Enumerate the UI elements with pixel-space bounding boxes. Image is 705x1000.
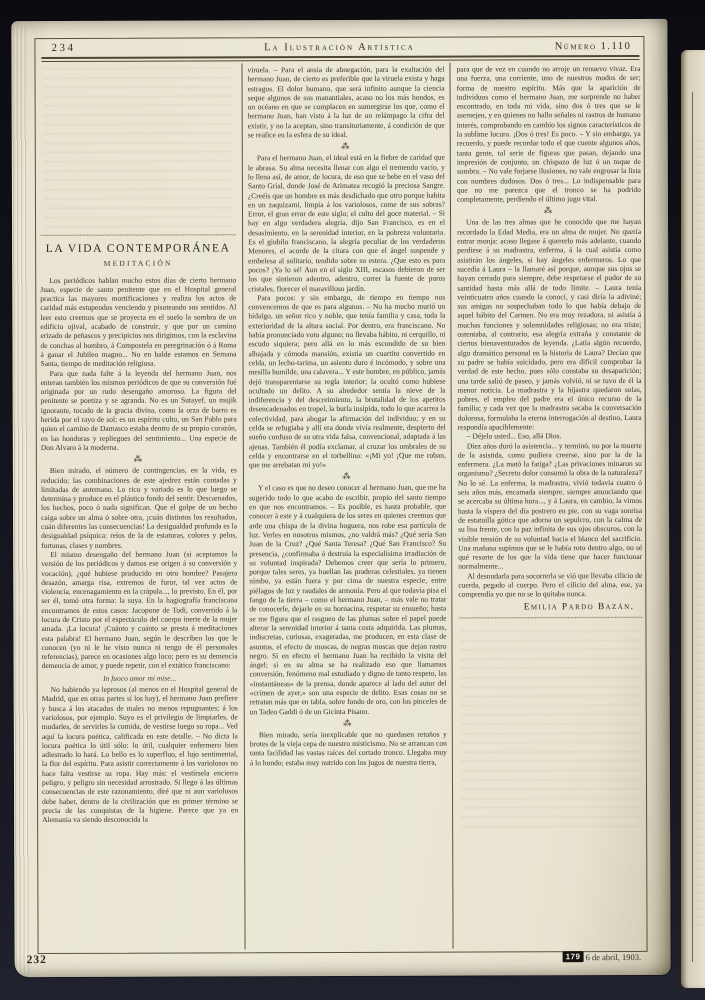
article-title: LA VIDA CONTEMPORÁNEA bbox=[40, 239, 236, 256]
paragraph: para que de vez en cuando no arroje un r… bbox=[456, 64, 640, 204]
text-column-left: LA VIDA CONTEMPORÁNEAMEDITACIÓNLos perió… bbox=[39, 65, 238, 950]
adjacent-page-edge bbox=[681, 50, 705, 988]
paragraph: Para pocos: y sin embargo, de tiempo en … bbox=[248, 292, 446, 469]
page-stack-edges bbox=[11, 26, 29, 974]
issue-number: Número 1.110 bbox=[555, 41, 632, 52]
wavy-divider bbox=[458, 614, 642, 623]
wavy-divider bbox=[40, 231, 236, 240]
section-break: ⁂ bbox=[41, 452, 237, 467]
section-break: ⁂ bbox=[250, 716, 447, 731]
section-break: ⁂ bbox=[457, 203, 641, 218]
footer-date: 6 de abril, 1903. bbox=[586, 952, 642, 962]
footer-stamp-page-number: 232 bbox=[27, 954, 47, 966]
verse-line: In fuoco amor mi mise... bbox=[42, 670, 238, 685]
author-signature: Emilia Pardo Bazán. bbox=[458, 599, 642, 615]
paragraph: Diez años duró la asistencia... y termin… bbox=[458, 441, 642, 572]
paragraph: Al desnudarla para socorrerla se vió que… bbox=[458, 571, 642, 600]
section-break: ⁂ bbox=[248, 139, 445, 154]
column-blocks: para que de vez en cuando no arroje un r… bbox=[456, 64, 642, 623]
magazine-page: 234 La Ilustración Artística Número 1.11… bbox=[11, 19, 670, 977]
bleed-through-texture bbox=[460, 630, 641, 829]
paragraph: Bien mirado, sería inexplicable que no q… bbox=[250, 730, 447, 768]
text-column-right: para que de vez en cuando no arroje un r… bbox=[456, 64, 643, 949]
paragraph: Y el caso es que no deseo conocer al her… bbox=[249, 483, 447, 716]
bleed-through-texture bbox=[43, 67, 232, 228]
adjacent-page-rule bbox=[692, 92, 693, 962]
footer-catalog-badge: 179 bbox=[563, 951, 584, 962]
column-blocks: viruela. – Para el ansia de abnegación, … bbox=[247, 65, 446, 768]
scanned-book-photo: 234 La Ilustración Artística Número 1.11… bbox=[0, 0, 705, 1000]
paragraph: viruela. – Para el ansia de abnegación, … bbox=[247, 65, 444, 140]
section-break: ⁂ bbox=[249, 469, 446, 484]
paragraph: No habiendo ya leprosos (al menos en el … bbox=[42, 684, 238, 824]
column-blocks: LA VIDA CONTEMPORÁNEAMEDITACIÓNLos perió… bbox=[40, 231, 238, 824]
paragraph: Para el hermano Juan, el ideal está en l… bbox=[248, 153, 445, 293]
paragraph: El mismo desengaño del hermano Juan (si … bbox=[41, 549, 237, 671]
paragraph: Una de las tres almas que he conocido qu… bbox=[457, 217, 642, 431]
paragraph: Los periódicos hablan mucho estos días d… bbox=[40, 275, 236, 369]
article-subtitle: MEDITACIÓN bbox=[40, 256, 236, 276]
paragraph: Bien mirado, el número de contingencias,… bbox=[41, 466, 237, 550]
paragraph: Para que nada falte á la leyenda del her… bbox=[41, 368, 237, 452]
adjacent-page-text-blur bbox=[695, 140, 703, 928]
text-column-middle: viruela. – Para el ansia de abnegación, … bbox=[247, 65, 447, 950]
